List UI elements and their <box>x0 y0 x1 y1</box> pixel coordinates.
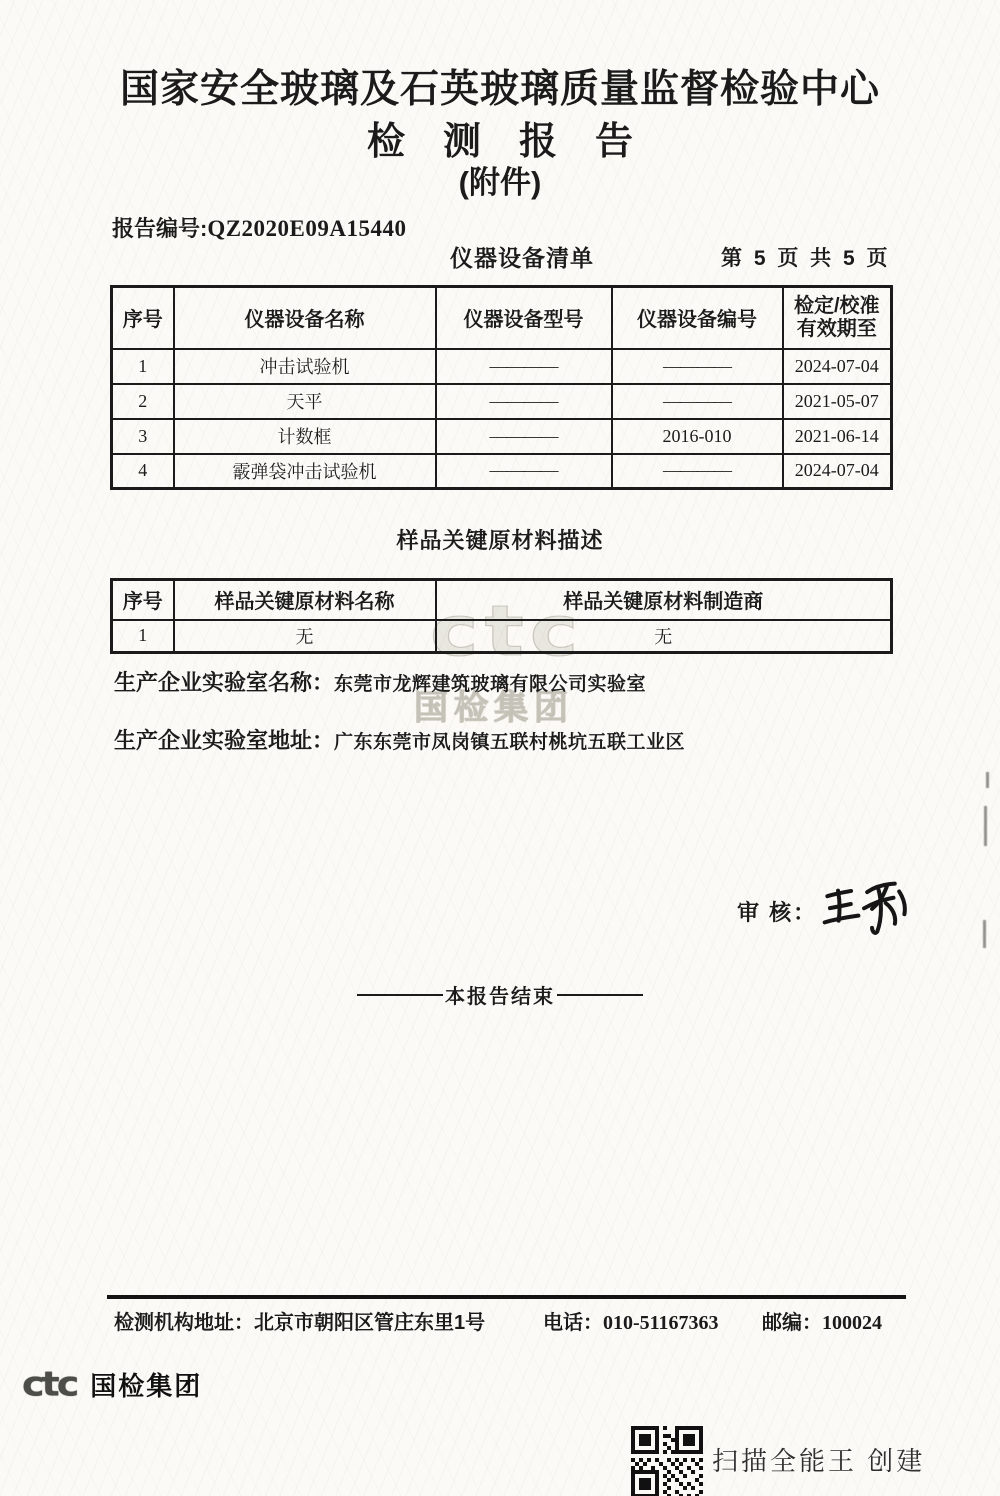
equipment-table: 序号 仪器设备名称 仪器设备型号 仪器设备编号 检定/校准 有效期至 1 冲击试… <box>110 285 893 490</box>
table-cell: ———— <box>436 454 612 489</box>
attachment-subtitle: (附件) <box>0 157 1000 202</box>
table-row: 4 霰弹袋冲击试验机 ———— ———— 2024-07-04 <box>112 454 892 489</box>
table-cell: 2024-07-04 <box>783 454 892 489</box>
page-title: 国家安全玻璃及石英玻璃质量监督检验中心 <box>0 58 1000 114</box>
table-header: 仪器设备编号 <box>612 287 783 349</box>
table-cell: ———— <box>436 384 612 419</box>
table-header: 序号 <box>112 287 174 349</box>
lab-name-label: 生产企业实验室名称： <box>114 670 334 695</box>
scan-artifact <box>986 772 989 788</box>
table-header: 样品关键原材料制造商 <box>436 580 892 620</box>
footer-address-value: 北京市朝阳区管庄东里1号 <box>254 1312 485 1334</box>
scanner-caption: 扫描全能王 创建 <box>712 1441 925 1478</box>
footer-zip: 邮编：100024 <box>762 1306 882 1335</box>
table-cell: 无 <box>436 620 892 653</box>
footer-zip-label: 邮编： <box>762 1312 822 1334</box>
footer-phone-value: 010-51167363 <box>603 1312 719 1334</box>
table-cell: 2021-05-07 <box>783 384 892 419</box>
table-cell: 1 <box>112 620 174 653</box>
table-cell: 霰弹袋冲击试验机 <box>174 454 436 489</box>
brand-name: 国检集团 <box>90 1366 202 1403</box>
end-note-text: 本报告结束 <box>443 980 557 1009</box>
materials-table: 序号 样品关键原材料名称 样品关键原材料制造商 1 无 无 <box>110 578 893 654</box>
table-cell: 2021-06-14 <box>783 419 892 454</box>
end-note-left-rule <box>357 994 443 996</box>
table-row: 1 冲击试验机 ———— ———— 2024-07-04 <box>112 349 892 384</box>
table-header: 序号 <box>112 580 174 620</box>
footer-address-label: 检测机构地址： <box>114 1312 254 1334</box>
materials-table-header-row: 序号 样品关键原材料名称 样品关键原材料制造商 <box>112 580 892 620</box>
report-number-line: 报告编号:QZ2020E09A15440 <box>112 212 407 243</box>
lab-address-value: 广东东莞市凤岗镇五联村桃坑五联工业区 <box>334 732 685 753</box>
qr-code <box>631 1426 703 1496</box>
footer-phone-label: 电话： <box>543 1312 603 1334</box>
table-cell: 2 <box>112 384 174 419</box>
table-header: 仪器设备型号 <box>436 287 612 349</box>
table-cell: ———— <box>612 384 783 419</box>
table-row: 1 无 无 <box>112 620 892 653</box>
table-header: 仪器设备名称 <box>174 287 436 349</box>
table-cell: 1 <box>112 349 174 384</box>
table-cell: ———— <box>612 454 783 489</box>
footer-zip-value: 100024 <box>822 1312 882 1334</box>
table-cell: 2016-010 <box>612 419 783 454</box>
ctc-logo: ctc <box>22 1365 76 1404</box>
table-cell: 计数框 <box>174 419 436 454</box>
table-cell: ———— <box>612 349 783 384</box>
table-cell: 天平 <box>174 384 436 419</box>
page-indicator: 第 5 页 共 5 页 <box>721 242 891 272</box>
footer-phone: 电话：010-51167363 <box>543 1306 719 1335</box>
lab-address-label: 生产企业实验室地址： <box>114 728 334 753</box>
scan-artifact <box>983 920 986 948</box>
reviewer-label: 审 核： <box>737 896 817 927</box>
footer-divider <box>107 1295 906 1299</box>
table-cell: 2024-07-04 <box>783 349 892 384</box>
report-number-label: 报告编号: <box>112 216 207 241</box>
scan-artifact <box>984 806 987 846</box>
report-number-value: QZ2020E09A15440 <box>207 216 406 241</box>
brand-logo-block: ctc 国检集团 <box>22 1362 202 1406</box>
table-cell: 冲击试验机 <box>174 349 436 384</box>
table-row: 3 计数框 ———— 2016-010 2021-06-14 <box>112 419 892 454</box>
table-cell: 4 <box>112 454 174 489</box>
table-header: 样品关键原材料名称 <box>174 580 436 620</box>
reviewer-signature <box>820 876 920 940</box>
table-cell: 3 <box>112 419 174 454</box>
equipment-table-caption: 仪器设备清单 <box>450 240 594 273</box>
equipment-table-header-row: 序号 仪器设备名称 仪器设备型号 仪器设备编号 检定/校准 有效期至 <box>112 287 892 349</box>
end-note-right-rule <box>557 994 643 996</box>
lab-name-line: 生产企业实验室名称：东莞市龙辉建筑玻璃有限公司实验室 <box>114 666 646 697</box>
table-cell: 无 <box>174 620 436 653</box>
lab-address-line: 生产企业实验室地址：广东东莞市凤岗镇五联村桃坑五联工业区 <box>114 724 685 755</box>
table-cell: ———— <box>436 419 612 454</box>
lab-name-value: 东莞市龙辉建筑玻璃有限公司实验室 <box>334 674 646 695</box>
footer-address: 检测机构地址：北京市朝阳区管庄东里1号 <box>114 1306 485 1335</box>
table-row: 2 天平 ———— ———— 2021-05-07 <box>112 384 892 419</box>
materials-section-heading: 样品关键原材料描述 <box>0 524 1000 555</box>
scanned-report-page: ctc 国检集团 国家安全玻璃及石英玻璃质量监督检验中心 检 测 报 告 (附件… <box>0 0 1000 1496</box>
table-cell: ———— <box>436 349 612 384</box>
table-header: 检定/校准 有效期至 <box>783 287 892 349</box>
end-of-report-line: 本报告结束 <box>0 980 1000 1009</box>
